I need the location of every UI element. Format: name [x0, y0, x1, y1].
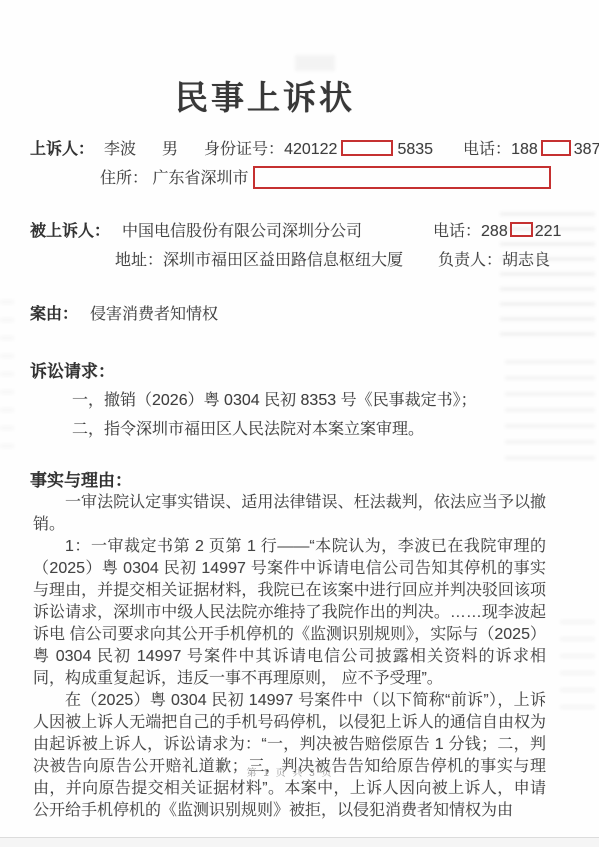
redaction-box-address: [253, 166, 551, 189]
appellee-principal-group: 负责人：胡志良: [438, 247, 550, 270]
appellee-phone-label: 电话：: [433, 223, 481, 240]
appellee-label: 被上诉人：: [30, 223, 110, 240]
scan-bleedthrough-noise: [0, 300, 14, 460]
appellee-phone-group: 电话：288221: [433, 218, 561, 241]
cause-of-action-row: 案由：侵害消费者知情权: [30, 301, 218, 324]
scan-bleedthrough-noise: [560, 620, 595, 710]
claim-item-2: 二，指令深圳市福田区人民法院对本案立案审理。: [72, 416, 424, 439]
scan-bleedthrough-noise: [505, 360, 595, 470]
appellant-phone-group: 电话：1883871: [463, 141, 599, 158]
appellee-phone-prefix: 288: [481, 223, 508, 240]
appellee-phone-suffix: 221: [535, 223, 562, 240]
appellant-phone-prefix: 188: [511, 141, 538, 158]
page-number-indicator: 第 1 页 共 3 页: [0, 764, 580, 779]
scanner-background: [0, 838, 599, 847]
appellant-id-group: 身份证号：4201225835: [204, 141, 433, 158]
appellant-gender: 男: [162, 141, 178, 158]
residence-label: 住所：: [100, 170, 148, 187]
claim-item-1: 一，撤销（2026）粤 0304 民初 8353 号《民事裁定书》；: [72, 387, 477, 410]
redaction-box-phone: [541, 140, 571, 156]
appellee-row: 被上诉人：中国电信股份有限公司深圳分公司: [30, 218, 362, 241]
appellant-name: 李波: [104, 141, 136, 158]
redaction-box-appellee-phone: [510, 222, 533, 237]
appellant-row: 上诉人：李波男身份证号：4201225835电话：1883871: [30, 136, 599, 159]
appellant-id-suffix: 5835: [397, 141, 433, 158]
appellant-residence-row: 住所： 广东省深圳市: [100, 165, 551, 189]
scan-smudge: [295, 55, 335, 71]
appellee-address-row: 地址：深圳市福田区益田路信息枢纽大厦: [115, 247, 403, 270]
facts-paragraph-1: 一审法院认定事实错误、适用法律错误、枉法裁判，依法应当予以撤销。: [33, 492, 546, 536]
appellant-label: 上诉人：: [30, 141, 94, 158]
appellee-address: 深圳市福田区益田路信息枢纽大厦: [163, 252, 403, 269]
cause-label: 案由：: [30, 306, 78, 323]
claims-heading: 诉讼请求：: [30, 357, 115, 382]
document-title: 民事上诉状: [0, 72, 530, 119]
appellant-id-prefix: 420122: [284, 141, 337, 158]
appellant-phone-label: 电话：: [463, 141, 511, 158]
appellee-name: 中国电信股份有限公司深圳分公司: [122, 223, 362, 240]
facts-paragraph-3: 在（2025）粤 0304 民初 14997 号案件中（以下简称“前诉”），上诉…: [33, 690, 546, 822]
facts-paragraph-2: 1：一审裁定书第 2 页第 1 行——“本院认为，李波已在我院审理的（2025）…: [33, 536, 546, 690]
principal-name: 胡志良: [502, 252, 550, 269]
cause-value: 侵害消费者知情权: [90, 306, 218, 323]
residence-visible-text: 广东省深圳市: [152, 170, 248, 187]
scanned-appeal-document-page: 民事上诉状 上诉人：李波男身份证号：4201225835电话：1883871 住…: [0, 0, 599, 847]
appellee-address-label: 地址：: [115, 252, 163, 269]
redaction-box-id: [341, 140, 393, 156]
appellant-id-label: 身份证号：: [204, 141, 284, 158]
principal-label: 负责人：: [438, 252, 502, 269]
facts-heading: 事实与理由：: [30, 466, 132, 491]
appellant-phone-suffix: 3871: [574, 141, 599, 158]
